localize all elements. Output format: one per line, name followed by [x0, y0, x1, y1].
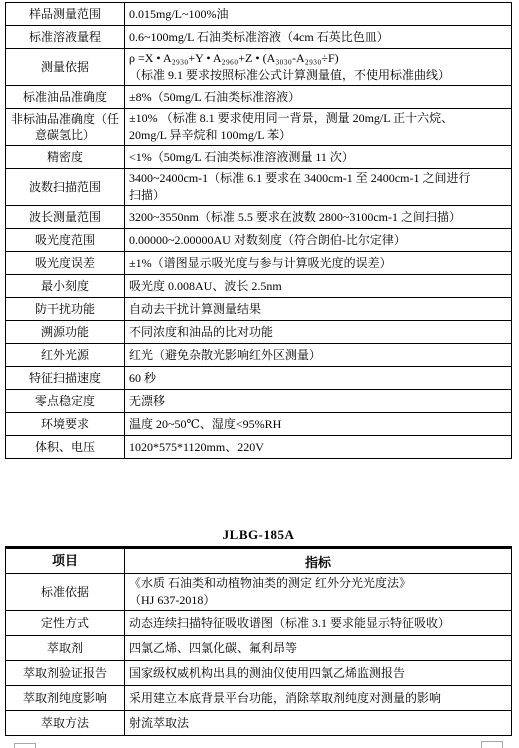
spec-value-line: 红光（避免杂散光影响红外区测量） [129, 347, 507, 364]
page-artifact-bottom-left [14, 743, 36, 748]
spec-value-line: 温度 20~50℃、湿度<95%RH [129, 416, 507, 433]
spec-value-line: 不同浓度和油品的比对功能 [129, 324, 507, 341]
table-row: 萃取剂验证报告国家级权威机构出具的测油仪使用四氯乙烯监测报告 [6, 661, 512, 686]
spec-item-label: 定性方式 [6, 611, 125, 636]
spec-value-line: 3400~2400cm-1（标准 6.1 要求在 3400cm-1 至 2400… [129, 170, 507, 187]
table-row: 环境要求温度 20~50℃、湿度<95%RH [6, 413, 512, 436]
spec-item-label: 标准依据 [6, 574, 125, 611]
table-row: 红外光源红光（避免杂散光影响红外区测量） [6, 344, 512, 367]
table-row: 萃取剂纯度影响采用建立本底背景平台功能，消除萃取剂纯度对测量的影响 [6, 686, 512, 711]
column-header-item: 项目 [6, 548, 125, 574]
spec-item-value: ρ =X • A₂₉₃₀+Y • A₂₉₆₀+Z • (A₃₀₃₀-A₂₉₃₀÷… [125, 49, 512, 86]
spec-item-value: 不同浓度和油品的比对功能 [125, 321, 512, 344]
page-artifact-bottom-right [481, 741, 503, 748]
table-row: 零点稳定度无漂移 [6, 390, 512, 413]
table-row: 特征扫描速度60 秒 [6, 367, 512, 390]
spec-item-value: <1%（50mg/L 石油类标准溶液测量 11 次） [125, 146, 512, 169]
table-row: 萃取剂四氯乙烯、四氯化碳、氟利昂等 [6, 636, 512, 661]
spec-item-label: 环境要求 [6, 413, 125, 436]
spec-value-line: 自动去干扰计算测量结果 [129, 301, 507, 318]
table-row: 样品测量范围0.015mg/L~100%油 [6, 3, 512, 26]
table-row: 溯源功能不同浓度和油品的比对功能 [6, 321, 512, 344]
table-row: 测量依据ρ =X • A₂₉₃₀+Y • A₂₉₆₀+Z • (A₃₀₃₀-A₂… [6, 49, 512, 86]
spec-value-line: ±1%（谱图显示吸光度与参与计算吸光度的误差） [129, 255, 507, 272]
spec-item-value: 3200~3550nm（标准 5.5 要求在波数 2800~3100cm-1 之… [125, 206, 512, 229]
spec-item-label: 溯源功能 [6, 321, 125, 344]
spec-item-value: 1020*575*1120mm、220V [125, 436, 512, 459]
spec-item-label: 非标油品准确度（任意碳氢比） [6, 109, 125, 146]
table-row: 标准油品准确度±8%（50mg/L 石油类标准溶液） [6, 86, 512, 109]
spec-item-label: 测量依据 [6, 49, 125, 86]
spec-value-line: ±10% （标准 8.1 要求使用同一背景，测量 20mg/L 正十六烷、 [129, 110, 507, 127]
spec-value-line: 动态连续扫描特征吸收谱图（标准 3.1 要求能显示特征吸收） [129, 615, 507, 632]
table-row: 精密度<1%（50mg/L 石油类标准溶液测量 11 次） [6, 146, 512, 169]
spec-value-line: （标准 9.1 要求按照标准公式计算测量值，不使用标准曲线） [129, 67, 507, 84]
spec-value-line: 扫描） [129, 187, 507, 204]
spec-value-line: 0.00000~2.00000AU 对数刻度（符合朗伯-比尔定律） [129, 232, 507, 249]
spec-item-value: 四氯乙烯、四氯化碳、氟利昂等 [125, 636, 512, 661]
table-row: 波长测量范围3200~3550nm（标准 5.5 要求在波数 2800~3100… [6, 206, 512, 229]
spec-value-line: （HJ 637-2018） [129, 592, 507, 609]
spec-item-value: 60 秒 [125, 367, 512, 390]
header-row: 项目 指标 [6, 548, 512, 574]
spec-item-label: 波长测量范围 [6, 206, 125, 229]
table-row: 标准溶液量程0.6~100mg/L 石油类标准溶液（4cm 石英比色皿） [6, 26, 512, 49]
spec-item-value: 射流萃取法 [125, 711, 512, 736]
spec-value-line: 《水质 石油类和动植物油类的测定 红外分光光度法》 [129, 575, 507, 592]
spec-item-value: 吸光度 0.008AU、波长 2.5nm [125, 275, 512, 298]
spec-item-value: 0.00000~2.00000AU 对数刻度（符合朗伯-比尔定律） [125, 229, 512, 252]
spec-value-line: 射流萃取法 [129, 715, 507, 732]
spec-item-label: 标准溶液量程 [6, 26, 125, 49]
spec-table-model-head: 项目 指标 [6, 548, 512, 574]
table-row: 吸光度误差±1%（谱图显示吸光度与参与计算吸光度的误差） [6, 252, 512, 275]
spec-item-label: 吸光度误差 [6, 252, 125, 275]
spec-value-line: 20mg/L 异辛烷和 100mg/L 苯） [129, 127, 507, 144]
spec-item-value: 《水质 石油类和动植物油类的测定 红外分光光度法》（HJ 637-2018） [125, 574, 512, 611]
spec-item-label: 防干扰功能 [6, 298, 125, 321]
table-row: 萃取方法射流萃取法 [6, 711, 512, 736]
spec-sheet-page: 样品测量范围0.015mg/L~100%油标准溶液量程0.6~100mg/L 石… [0, 0, 519, 748]
table-row: 吸光度范围0.00000~2.00000AU 对数刻度（符合朗伯-比尔定律） [6, 229, 512, 252]
spec-item-value: 温度 20~50℃、湿度<95%RH [125, 413, 512, 436]
spec-item-label: 萃取剂验证报告 [6, 661, 125, 686]
table-row: 最小刻度吸光度 0.008AU、波长 2.5nm [6, 275, 512, 298]
spec-value-line: ρ =X • A₂₉₃₀+Y • A₂₉₆₀+Z • (A₃₀₃₀-A₂₉₃₀÷… [129, 50, 507, 67]
spec-value-line: 0.015mg/L~100%油 [129, 6, 507, 23]
table-row: 非标油品准确度（任意碳氢比）±10% （标准 8.1 要求使用同一背景，测量 2… [6, 109, 512, 146]
spec-item-value: 0.015mg/L~100%油 [125, 3, 512, 26]
spec-item-value: 0.6~100mg/L 石油类标准溶液（4cm 石英比色皿） [125, 26, 512, 49]
spec-value-line: 1020*575*1120mm、220V [129, 439, 507, 456]
table-row: 定性方式动态连续扫描特征吸收谱图（标准 3.1 要求能显示特征吸收） [6, 611, 512, 636]
spec-table-model-body: 标准依据《水质 石油类和动植物油类的测定 红外分光光度法》（HJ 637-201… [6, 574, 512, 736]
spec-value-line: 0.6~100mg/L 石油类标准溶液（4cm 石英比色皿） [129, 29, 507, 46]
spec-item-label: 零点稳定度 [6, 390, 125, 413]
spec-item-label: 最小刻度 [6, 275, 125, 298]
spec-table-model: 项目 指标 标准依据《水质 石油类和动植物油类的测定 红外分光光度法》（HJ 6… [5, 546, 512, 736]
spec-item-value: 3400~2400cm-1（标准 6.1 要求在 3400cm-1 至 2400… [125, 169, 512, 206]
spec-item-value: ±10% （标准 8.1 要求使用同一背景，测量 20mg/L 正十六烷、20m… [125, 109, 512, 146]
column-header-spec: 指标 [125, 548, 512, 574]
spec-table-main: 样品测量范围0.015mg/L~100%油标准溶液量程0.6~100mg/L 石… [5, 2, 512, 459]
spec-value-line: 60 秒 [129, 370, 507, 387]
spec-item-label: 萃取方法 [6, 711, 125, 736]
spec-item-label: 体积、电压 [6, 436, 125, 459]
table-row: 波数扫描范围3400~2400cm-1（标准 6.1 要求在 3400cm-1 … [6, 169, 512, 206]
spec-value-line: ±8%（50mg/L 石油类标准溶液） [129, 89, 507, 106]
spec-item-value: ±1%（谱图显示吸光度与参与计算吸光度的误差） [125, 252, 512, 275]
model-title: JLBG-185A [5, 527, 512, 543]
spec-value-line: 采用建立本底背景平台功能，消除萃取剂纯度对测量的影响 [129, 690, 507, 707]
spec-value-line: <1%（50mg/L 石油类标准溶液测量 11 次） [129, 149, 507, 166]
spec-item-value: 自动去干扰计算测量结果 [125, 298, 512, 321]
spec-table-main-body: 样品测量范围0.015mg/L~100%油标准溶液量程0.6~100mg/L 石… [6, 3, 512, 459]
table-row: 标准依据《水质 石油类和动植物油类的测定 红外分光光度法》（HJ 637-201… [6, 574, 512, 611]
spec-value-line: 四氯乙烯、四氯化碳、氟利昂等 [129, 640, 507, 657]
spec-item-label: 红外光源 [6, 344, 125, 367]
spec-value-line: 吸光度 0.008AU、波长 2.5nm [129, 278, 507, 295]
spec-item-value: 红光（避免杂散光影响红外区测量） [125, 344, 512, 367]
spec-item-label: 样品测量范围 [6, 3, 125, 26]
spec-item-value: 采用建立本底背景平台功能，消除萃取剂纯度对测量的影响 [125, 686, 512, 711]
spec-item-label: 标准油品准确度 [6, 86, 125, 109]
spec-item-label: 精密度 [6, 146, 125, 169]
spec-item-value: ±8%（50mg/L 石油类标准溶液） [125, 86, 512, 109]
spec-item-label: 波数扫描范围 [6, 169, 125, 206]
spec-value-line: 国家级权威机构出具的测油仪使用四氯乙烯监测报告 [129, 665, 507, 682]
spec-item-label: 特征扫描速度 [6, 367, 125, 390]
table-row: 防干扰功能自动去干扰计算测量结果 [6, 298, 512, 321]
table-row: 体积、电压1020*575*1120mm、220V [6, 436, 512, 459]
spec-item-value: 无漂移 [125, 390, 512, 413]
spec-item-label: 吸光度范围 [6, 229, 125, 252]
spec-value-line: 3200~3550nm（标准 5.5 要求在波数 2800~3100cm-1 之… [129, 209, 507, 226]
spec-item-value: 国家级权威机构出具的测油仪使用四氯乙烯监测报告 [125, 661, 512, 686]
spec-item-value: 动态连续扫描特征吸收谱图（标准 3.1 要求能显示特征吸收） [125, 611, 512, 636]
spec-item-label: 萃取剂纯度影响 [6, 686, 125, 711]
spec-value-line: 无漂移 [129, 393, 507, 410]
spec-item-label: 萃取剂 [6, 636, 125, 661]
